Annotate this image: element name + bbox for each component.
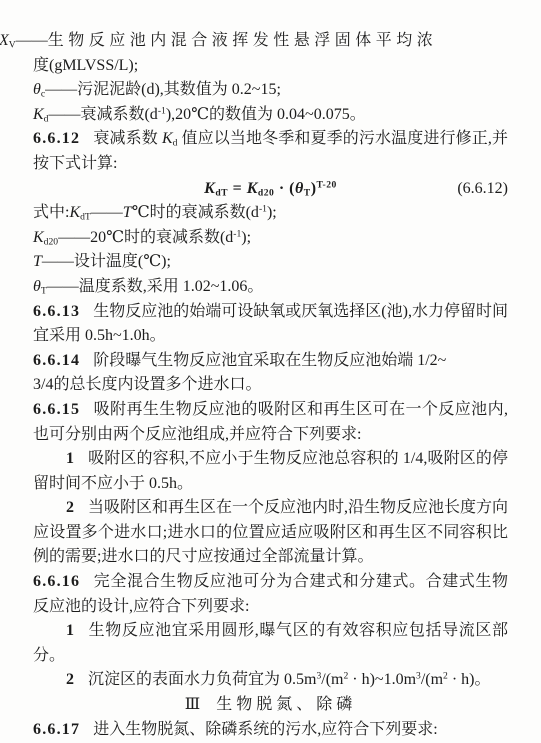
section-heading-iii: Ⅲ生物脱氮、除磷 bbox=[33, 693, 508, 718]
item-number: 2 bbox=[66, 499, 74, 516]
clause-text: 完全混合生物反应池可分为合建式和分建式。合建式生物反应池的设计,应符合下列要求: bbox=[33, 573, 508, 615]
heading-title: 生物脱氮、除磷 bbox=[216, 696, 356, 713]
item-text: 当吸附区和再生区在一个反应池内时,沿生物反应池长度方向应设置多个进水口;进水口的… bbox=[33, 499, 508, 565]
clause-6-6-12: 6.6.12衰减系数 Kd 值应以当地冬季和夏季的污水温度进行修正,并按下式计算… bbox=[33, 127, 508, 176]
item-number: 2 bbox=[66, 671, 74, 688]
item-6-6-16-2: 2沉淀区的表面水力负荷宜为 0.5m3/(m2 · h)~1.0m3/(m2 ·… bbox=[33, 668, 508, 693]
where-line-kd20: Kd20——20℃时的衰减系数(d-1); bbox=[33, 226, 508, 251]
clause-number: 6.6.14 bbox=[33, 352, 80, 369]
clause-number: 6.6.15 bbox=[33, 401, 80, 418]
clause-number: 6.6.12 bbox=[33, 130, 80, 147]
clause-text: 吸附再生生物反应池的吸附区和再生区可在一个反应池内,也可分别由两个反应池组成,并… bbox=[33, 401, 508, 443]
clause-number: 6.6.16 bbox=[33, 573, 80, 590]
item-number: 1 bbox=[66, 622, 74, 639]
clause-number: 6.6.17 bbox=[33, 721, 80, 738]
item-text: 生物反应池宜采用圆形,曝气区的有效容积应包括导流区部分。 bbox=[33, 622, 508, 664]
where-line-theta-t: θT——温度系数,采用 1.02~1.06。 bbox=[33, 275, 508, 300]
clause-6-6-13: 6.6.13生物反应池的始端可设缺氧或厌氧选择区(池),水力停留时间宜采用 0.… bbox=[33, 300, 508, 349]
item-6-6-16-1: 1生物反应池宜采用圆形,曝气区的有效容积应包括导流区部分。 bbox=[33, 619, 508, 668]
clause-number: 6.6.13 bbox=[33, 303, 80, 320]
symbol-def-xv: XV——生物反应池内混合液挥发性悬浮固体平均浓度(gMLVSS/L); bbox=[33, 29, 508, 78]
document-page: XV——生物反应池内混合液挥发性悬浮固体平均浓度(gMLVSS/L); θc——… bbox=[0, 0, 541, 743]
item-6-6-15-1: 1吸附区的容积,不应小于生物反应池总容积的 1/4,吸附区的停留时间不应小于 0… bbox=[33, 447, 508, 496]
item-number: 1 bbox=[66, 450, 74, 467]
formula-expression: KdT = Kd20 · (θT)T-20 bbox=[204, 180, 337, 197]
clause-6-6-16: 6.6.16完全混合生物反应池可分为合建式和分建式。合建式生物反应池的设计,应符… bbox=[33, 570, 508, 619]
clause-text: 衰减系数 Kd 值应以当地冬季和夏季的污水温度进行修正,并按下式计算: bbox=[33, 130, 508, 172]
symbol-def-theta-c: θc——污泥泥龄(d),其数值为 0.2~15; bbox=[33, 78, 508, 103]
symbol-def-kd: Kd——衰减系数(d-1),20℃的数值为 0.04~0.075。 bbox=[33, 103, 508, 128]
heading-roman-numeral: Ⅲ bbox=[185, 696, 200, 713]
item-text: 吸附区的容积,不应小于生物反应池总容积的 1/4,吸附区的停留时间不应小于 0.… bbox=[33, 450, 508, 492]
where-line-t: T——设计温度(℃); bbox=[33, 250, 508, 275]
clause-text: 生物反应池的始端可设缺氧或厌氧选择区(池),水力停留时间宜采用 0.5h~1.0… bbox=[33, 303, 508, 345]
clause-text: 进入生物脱氮、除磷系统的污水,应符合下列要求: bbox=[93, 721, 437, 738]
clause-6-6-17: 6.6.17进入生物脱氮、除磷系统的污水,应符合下列要求: bbox=[33, 718, 508, 743]
clause-text: 阶段曝气生物反应池宜采取在生物反应池始端 1/2~3/4的总长度内设置多个进水口… bbox=[33, 352, 446, 394]
clause-6-6-14: 6.6.14阶段曝气生物反应池宜采取在生物反应池始端 1/2~3/4的总长度内设… bbox=[33, 349, 508, 398]
clause-6-6-15: 6.6.15吸附再生生物反应池的吸附区和再生区可在一个反应池内,也可分别由两个反… bbox=[33, 398, 508, 447]
item-6-6-15-2: 2当吸附区和再生区在一个反应池内时,沿生物反应池长度方向应设置多个进水口;进水口… bbox=[33, 496, 508, 570]
item-text: 沉淀区的表面水力负荷宜为 0.5m3/(m2 · h)~1.0m3/(m2 · … bbox=[88, 671, 491, 688]
where-line-kdt: 式中:KdT——T℃时的衰减系数(d-1); bbox=[33, 201, 508, 226]
equation-number: (6.6.12) bbox=[457, 177, 508, 202]
formula-6-6-12: KdT = Kd20 · (θT)T-20 (6.6.12) bbox=[33, 177, 508, 202]
page-content: XV——生物反应池内混合液挥发性悬浮固体平均浓度(gMLVSS/L); θc——… bbox=[0, 0, 541, 743]
